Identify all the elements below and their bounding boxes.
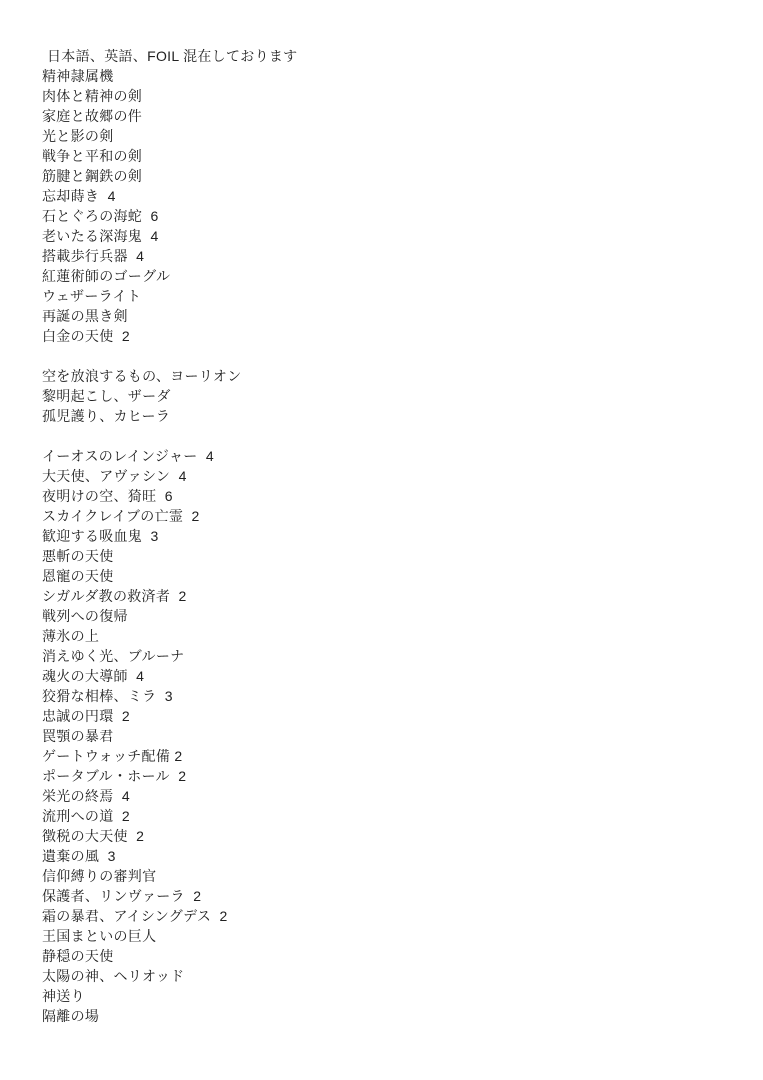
- text-line: 消えゆく光、ブルーナ: [42, 646, 298, 666]
- text-line: 日本語、英語、FOIL 混在しております: [42, 46, 298, 66]
- text-line: 太陽の神、ヘリオッド: [42, 966, 298, 986]
- text-line: シガルダ教の救済者 2: [42, 586, 298, 606]
- text-line: 再誕の黒き剣: [42, 306, 298, 326]
- text-line: 流刑への道 2: [42, 806, 298, 826]
- text-line: イーオスのレインジャー 4: [42, 446, 298, 466]
- text-line: 光と影の剣: [42, 126, 298, 146]
- text-lines: 日本語、英語、FOIL 混在しております精神隷属機肉体と精神の剣家庭と故郷の件光…: [42, 46, 298, 1026]
- text-line: 徴税の大天使 2: [42, 826, 298, 846]
- text-line: 忘却蒔き 4: [42, 186, 298, 206]
- text-line: 白金の天使 2: [42, 326, 298, 346]
- text-line: 精神隷属機: [42, 66, 298, 86]
- text-line: 戦列への復帰: [42, 606, 298, 626]
- text-line: 筋腱と鋼鉄の剣: [42, 166, 298, 186]
- text-line: 孤児護り、カヒーラ: [42, 406, 298, 426]
- text-line: 霜の暴君、アイシングデス 2: [42, 906, 298, 926]
- text-line: 夜明けの空、猗旺 6: [42, 486, 298, 506]
- text-line: 狡猾な相棒、ミラ 3: [42, 686, 298, 706]
- text-line: 石とぐろの海蛇 6: [42, 206, 298, 226]
- text-line: ウェザーライト: [42, 286, 298, 306]
- text-line: 紅蓮術師のゴーグル: [42, 266, 298, 286]
- text-line: 戦争と平和の剣: [42, 146, 298, 166]
- blank-line: [42, 346, 298, 366]
- text-line: 歓迎する吸血鬼 3: [42, 526, 298, 546]
- text-line: 薄氷の上: [42, 626, 298, 646]
- text-line: 恩寵の天使: [42, 566, 298, 586]
- text-line: 静穏の天使: [42, 946, 298, 966]
- text-line: 忠誠の円環 2: [42, 706, 298, 726]
- text-line: ゲートウォッチ配備 2: [42, 746, 298, 766]
- text-line: 栄光の終焉 4: [42, 786, 298, 806]
- document-page: 日本語、英語、FOIL 混在しております精神隷属機肉体と精神の剣家庭と故郷の件光…: [0, 0, 763, 1080]
- text-line: 隔離の場: [42, 1006, 298, 1026]
- text-line: 保護者、リンヴァーラ 2: [42, 886, 298, 906]
- text-line: 肉体と精神の剣: [42, 86, 298, 106]
- text-line: 大天使、アヴァシン 4: [42, 466, 298, 486]
- text-line: 罠顎の暴君: [42, 726, 298, 746]
- text-line: 搭載歩行兵器 4: [42, 246, 298, 266]
- text-line: 空を放浪するもの、ヨーリオン: [42, 366, 298, 386]
- text-line: 家庭と故郷の件: [42, 106, 298, 126]
- text-line: 悪斬の天使: [42, 546, 298, 566]
- text-line: スカイクレイブの亡霊 2: [42, 506, 298, 526]
- text-line: 信仰縛りの審判官: [42, 866, 298, 886]
- text-line: 老いたる深海鬼 4: [42, 226, 298, 246]
- text-line: 魂火の大導師 4: [42, 666, 298, 686]
- text-line: 黎明起こし、ザーダ: [42, 386, 298, 406]
- text-line: 遺棄の風 3: [42, 846, 298, 866]
- text-line: ポータブル・ホール 2: [42, 766, 298, 786]
- blank-line: [42, 426, 298, 446]
- text-line: 神送り: [42, 986, 298, 1006]
- text-line: 王国まといの巨人: [42, 926, 298, 946]
